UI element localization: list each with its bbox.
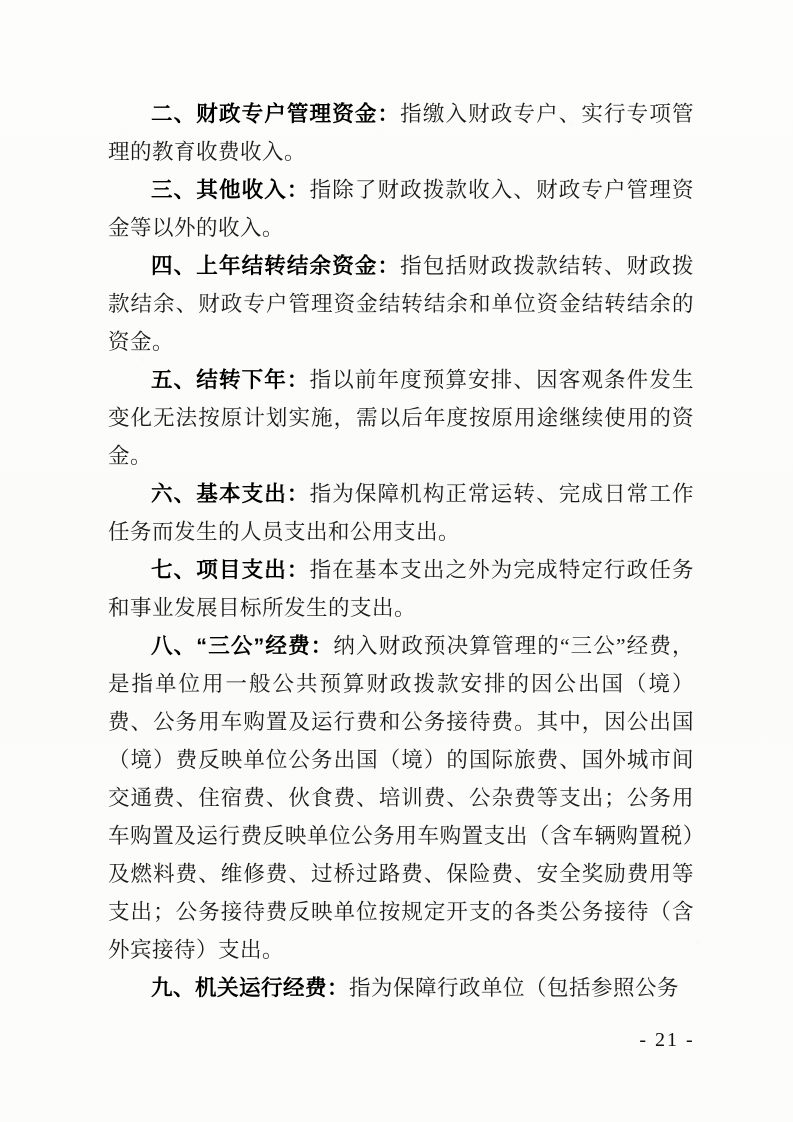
paragraph-lead: 五、结转下年： — [151, 368, 310, 392]
paragraph-lead: 三、其他收入： — [151, 178, 310, 202]
paragraph: 五、结转下年：指以前年度预算安排、因客观条件发生变化无法按原计划实施，需以后年度… — [108, 361, 694, 475]
paragraph-body: 指为保障行政单位（包括参照公务 — [349, 976, 679, 1000]
paragraph-lead: 八、“三公”经费： — [151, 634, 333, 658]
paragraph: 四、上年结转结余资金：指包括财政拨款结转、财政拨款结余、财政专户管理资金结转结余… — [108, 247, 694, 361]
page-number: - 21 - — [612, 1028, 722, 1052]
paragraph-body: 纳入财政预决算管理的“三公”经费，是指单位用一般公共预算财政拨款安排的因公出国（… — [108, 634, 694, 962]
paragraph-lead: 六、基本支出： — [151, 482, 310, 506]
document-page: 二、财政专户管理资金：指缴入财政专户、实行专项管理的教育收费收入。 三、其他收入… — [0, 0, 793, 1122]
paragraph-lead: 七、项目支出： — [151, 558, 310, 582]
paragraph: 二、财政专户管理资金：指缴入财政专户、实行专项管理的教育收费收入。 — [108, 95, 694, 171]
paragraph-lead: 四、上年结转结余资金： — [151, 254, 400, 278]
paragraph: 七、项目支出：指在基本支出之外为完成特定行政任务和事业发展目标所发生的支出。 — [108, 551, 694, 627]
paragraph-lead: 二、财政专户管理资金： — [151, 102, 400, 126]
paragraph: 八、“三公”经费：纳入财政预决算管理的“三公”经费，是指单位用一般公共预算财政拨… — [108, 627, 694, 969]
document-body: 二、财政专户管理资金：指缴入财政专户、实行专项管理的教育收费收入。 三、其他收入… — [108, 95, 694, 1007]
paragraph-lead: 九、机关运行经费： — [151, 976, 349, 1000]
paragraph: 六、基本支出：指为保障机构正常运转、完成日常工作任务而发生的人员支出和公用支出。 — [108, 475, 694, 551]
paragraph: 三、其他收入：指除了财政拨款收入、财政专户管理资金等以外的收入。 — [108, 171, 694, 247]
paragraph: 九、机关运行经费：指为保障行政单位（包括参照公务 — [108, 969, 694, 1007]
